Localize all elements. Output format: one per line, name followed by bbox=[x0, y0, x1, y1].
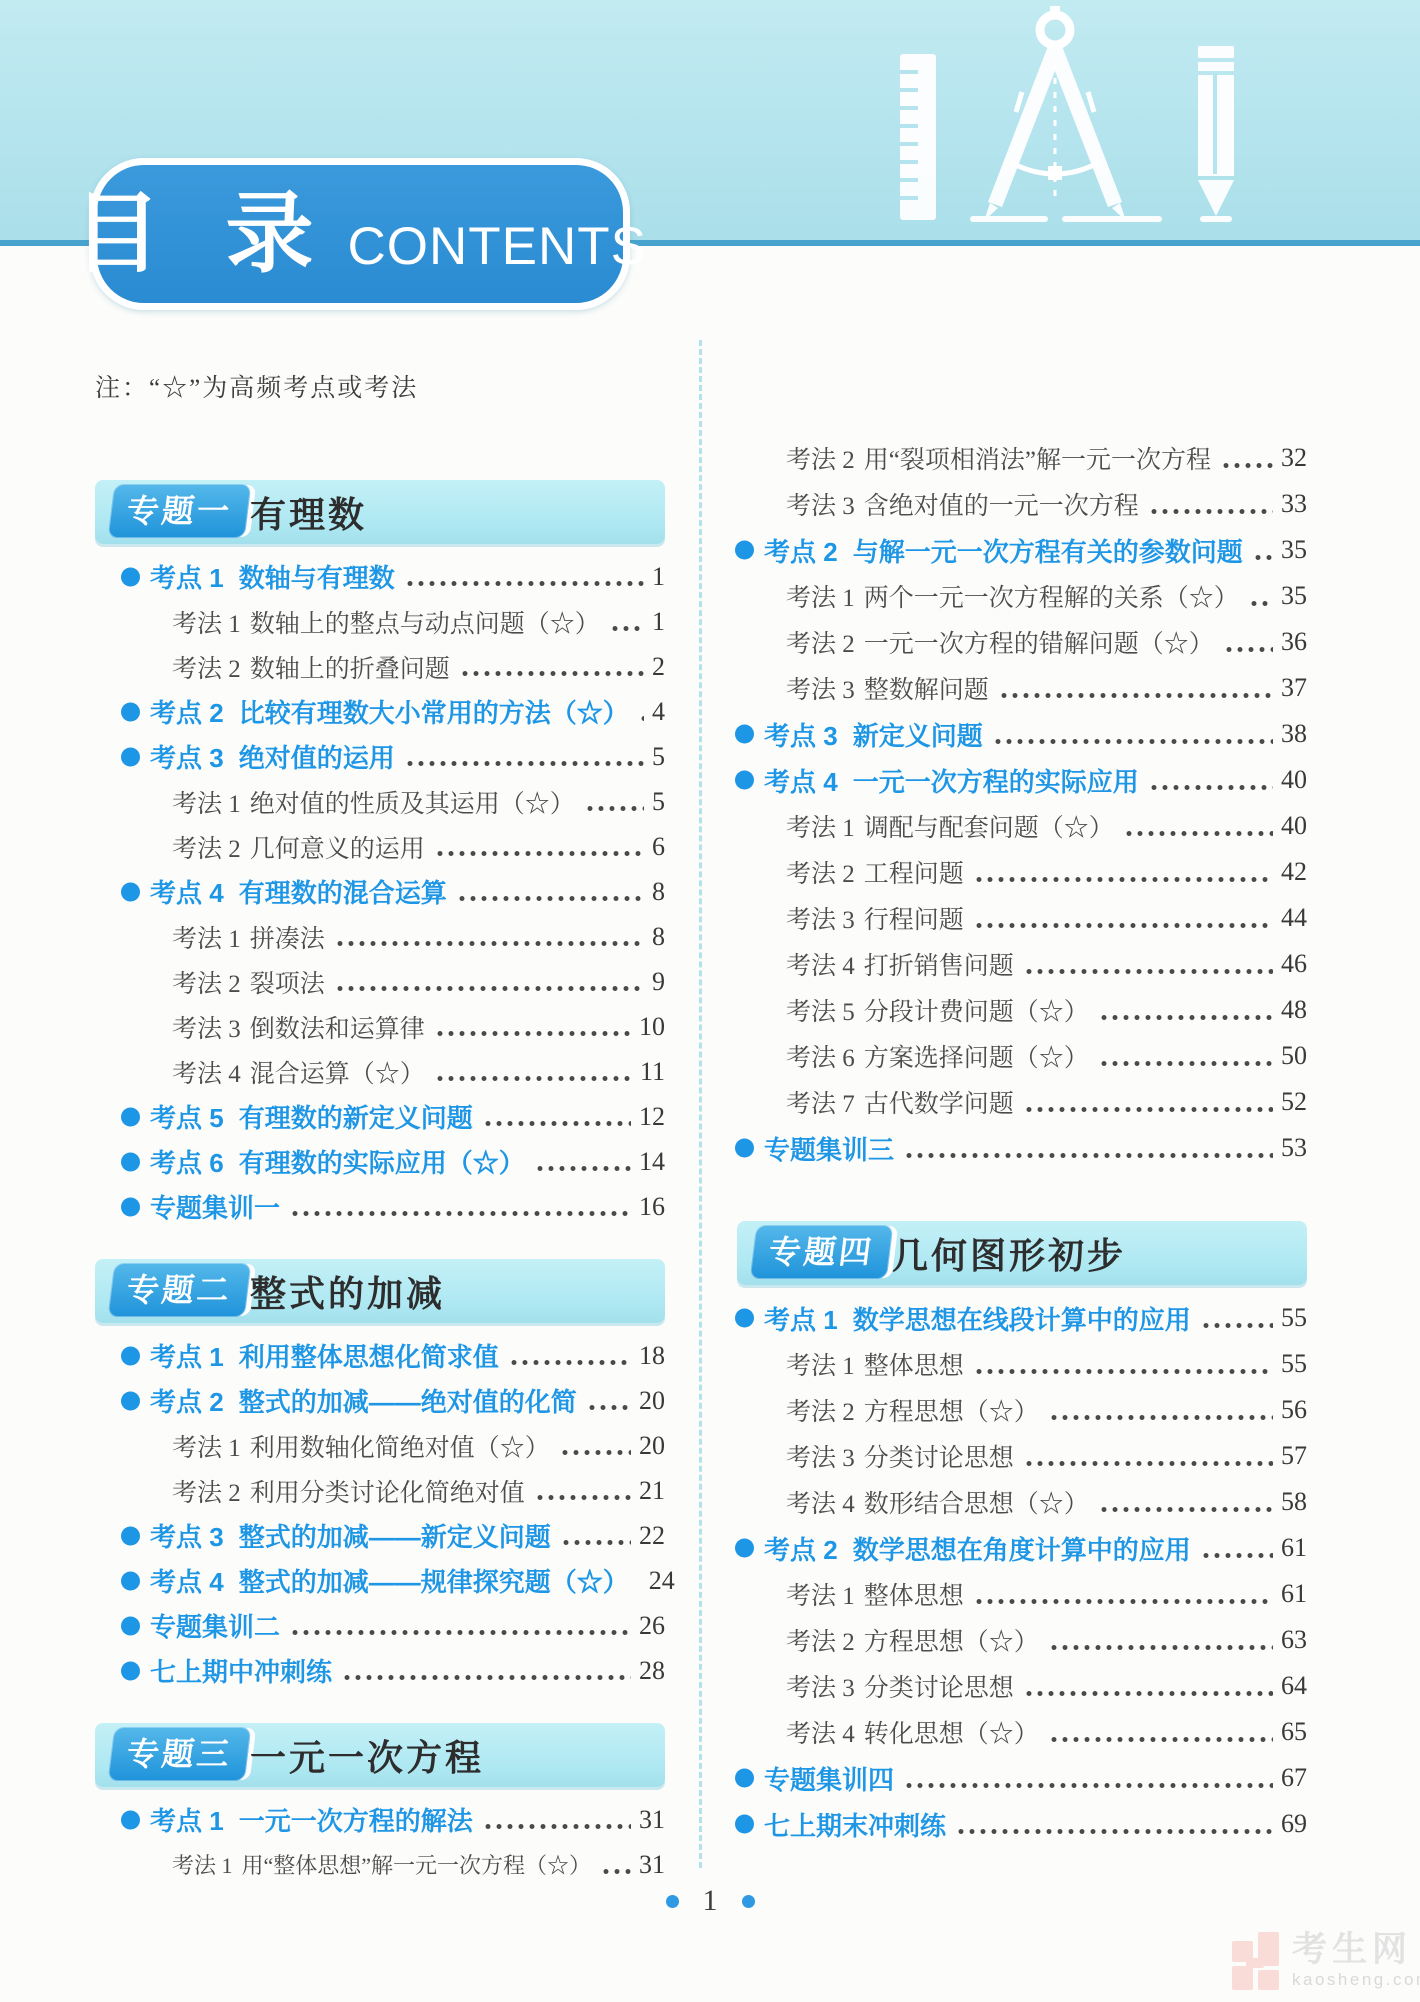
entry-label: 考法 4 bbox=[786, 1484, 855, 1520]
toc-entry: 考法 3 行程问题 44 bbox=[709, 895, 1307, 941]
entry-title: 整体思想 bbox=[864, 1346, 964, 1382]
entry-label: 考点 6 bbox=[150, 1143, 224, 1180]
entry-page-number: 67 bbox=[1281, 1763, 1307, 1793]
entry-page-number: 42 bbox=[1281, 857, 1307, 887]
leader-dots bbox=[292, 1629, 631, 1636]
entry-title: 混合运算（☆） bbox=[250, 1054, 425, 1090]
entry-page-number: 10 bbox=[639, 1012, 665, 1042]
entry-label: 考法 1 bbox=[172, 784, 241, 820]
leader-dots bbox=[612, 625, 644, 632]
entry-title: 绝对值的性质及其运用（☆） bbox=[250, 784, 575, 820]
entry-title: 专题集训一 bbox=[150, 1188, 280, 1225]
bullet-icon bbox=[121, 747, 140, 766]
section-header: 专题三 一元一次方程 bbox=[95, 1723, 665, 1787]
toc-entry: 考法 3 倒数法和运算律 10 bbox=[95, 1004, 665, 1049]
leader-dots bbox=[1101, 1060, 1273, 1067]
bullet-icon bbox=[735, 771, 754, 790]
star-note: 注：“☆”为高频考点或考法 bbox=[95, 368, 418, 404]
ruler-icon bbox=[900, 54, 936, 220]
entry-page-number: 11 bbox=[640, 1057, 665, 1087]
page-footer: 1 bbox=[0, 1884, 1420, 1918]
entry-label: 考法 2 bbox=[786, 854, 855, 890]
entry-label: 考法 2 bbox=[172, 649, 241, 685]
entry-page-number: 8 bbox=[652, 877, 665, 907]
entry-title: 数学思想在线段计算中的应用 bbox=[853, 1300, 1191, 1337]
toc-entry: 考点 3 绝对值的运用 5 bbox=[95, 734, 665, 779]
entry-title: 利用数轴化简绝对值（☆） bbox=[250, 1428, 550, 1464]
toc-entry: 专题集训二 26 bbox=[95, 1603, 665, 1648]
bullet-icon bbox=[121, 1571, 140, 1590]
toc-entry: 考法 1 利用数轴化简绝对值（☆） 20 bbox=[95, 1423, 665, 1468]
entry-title: 含绝对值的一元一次方程 bbox=[864, 486, 1139, 522]
toc-entry: 考点 1 数学思想在线段计算中的应用 55 bbox=[709, 1295, 1307, 1341]
entry-page-number: 38 bbox=[1281, 719, 1307, 749]
toc-entry: 考法 4 混合运算（☆） 11 bbox=[95, 1049, 665, 1094]
entry-label: 考法 3 bbox=[786, 900, 855, 936]
leader-dots bbox=[407, 760, 644, 767]
entry-label: 考法 6 bbox=[786, 1038, 855, 1074]
section-badge: 专题三 bbox=[108, 1727, 252, 1781]
entry-title: 一元一次方程的解法 bbox=[239, 1801, 473, 1838]
entry-title: 有理数的新定义问题 bbox=[239, 1098, 473, 1135]
entry-page-number: 28 bbox=[639, 1656, 665, 1686]
entry-title: 有理数的实际应用（☆） bbox=[239, 1143, 525, 1180]
leader-dots bbox=[958, 1828, 1273, 1835]
section-title: 有理数 bbox=[250, 480, 367, 544]
toc-entry: 考法 1 数轴上的整点与动点问题（☆） 1 bbox=[95, 599, 665, 644]
entry-page-number: 61 bbox=[1281, 1533, 1307, 1563]
entry-page-number: 18 bbox=[639, 1341, 665, 1371]
entry-page-number: 65 bbox=[1281, 1717, 1307, 1747]
toc-entry: 考法 1 拼凑法 8 bbox=[95, 914, 665, 959]
leader-dots bbox=[976, 876, 1273, 883]
entry-title: 方案选择问题（☆） bbox=[864, 1038, 1089, 1074]
leader-dots bbox=[1255, 554, 1273, 561]
bullet-icon bbox=[735, 1139, 754, 1158]
leader-dots bbox=[563, 1539, 631, 1546]
leader-dots bbox=[1226, 646, 1273, 653]
leader-dots bbox=[1051, 1736, 1273, 1743]
toc-entry: 考法 2 一元一次方程的错解问题（☆） 36 bbox=[709, 619, 1307, 665]
entry-title: 工程问题 bbox=[864, 854, 964, 890]
entry-label: 考点 3 bbox=[150, 1517, 224, 1554]
toc-entry: 考法 2 工程问题 42 bbox=[709, 849, 1307, 895]
entry-title: 利用整体思想化简求值 bbox=[239, 1337, 499, 1374]
toc-entry: 考点 4 一元一次方程的实际应用 40 bbox=[709, 757, 1307, 803]
entry-title: 方程思想（☆） bbox=[864, 1392, 1039, 1428]
entry-page-number: 58 bbox=[1281, 1487, 1307, 1517]
entry-page-number: 5 bbox=[652, 742, 665, 772]
entry-label: 考法 1 bbox=[172, 604, 241, 640]
leader-dots bbox=[1151, 508, 1273, 515]
entry-title: 整式的加减——规律探究题（☆） bbox=[239, 1562, 629, 1599]
entry-page-number: 20 bbox=[639, 1431, 665, 1461]
toc-entry: 考点 2 与解一元一次方程有关的参数问题 35 bbox=[709, 527, 1307, 573]
entry-label: 考法 1 bbox=[172, 1428, 241, 1464]
entry-title: 古代数学问题 bbox=[864, 1084, 1014, 1120]
entry-page-number: 63 bbox=[1281, 1625, 1307, 1655]
leader-dots bbox=[1126, 830, 1273, 837]
leader-dots bbox=[462, 670, 644, 677]
toc-column-left: 专题一 有理数 考点 1 数轴与有理数 1 考法 1 数轴上的整点与动点问题（☆… bbox=[95, 450, 665, 1887]
entry-page-number: 31 bbox=[639, 1805, 665, 1835]
toc-title-en: CONTENTS bbox=[347, 178, 647, 316]
entry-title: 倒数法和运算律 bbox=[250, 1009, 425, 1045]
entry-label: 考法 2 bbox=[172, 1473, 241, 1509]
entry-page-number: 55 bbox=[1281, 1303, 1307, 1333]
leader-dots bbox=[337, 985, 644, 992]
watermark: 考生网 kaosheng.com bbox=[1232, 1932, 1420, 1990]
entry-title: 分类讨论思想 bbox=[864, 1668, 1014, 1704]
toc-title-pill: 目 录 CONTENTS bbox=[90, 158, 630, 310]
toc-entry: 考法 3 整数解问题 37 bbox=[709, 665, 1307, 711]
entry-title: 方程思想（☆） bbox=[864, 1622, 1039, 1658]
leader-dots bbox=[485, 1120, 631, 1127]
entry-title: 裂项法 bbox=[250, 964, 325, 1000]
section-header: 专题四 几何图形初步 bbox=[737, 1221, 1307, 1285]
entry-page-number: 1 bbox=[652, 607, 665, 637]
toc-entry: 七上期末冲刺练 69 bbox=[709, 1801, 1307, 1847]
entry-label: 考法 2 bbox=[786, 1392, 855, 1428]
leader-dots bbox=[1203, 1322, 1273, 1329]
entry-title: 一元一次方程的实际应用 bbox=[853, 762, 1139, 799]
entry-title: 整体思想 bbox=[864, 1576, 964, 1612]
entry-label: 考点 3 bbox=[150, 738, 224, 775]
toc-entry: 考点 1 一元一次方程的解法 31 bbox=[95, 1797, 665, 1842]
entry-page-number: 21 bbox=[639, 1476, 665, 1506]
entry-label: 考法 5 bbox=[786, 992, 855, 1028]
entry-title: 拼凑法 bbox=[250, 919, 325, 955]
leader-dots bbox=[603, 1868, 631, 1875]
entry-page-number: 2 bbox=[652, 652, 665, 682]
entry-label: 考法 3 bbox=[786, 486, 855, 522]
toc-entry: 考法 3 分类讨论思想 64 bbox=[709, 1663, 1307, 1709]
entry-label: 考点 3 bbox=[764, 716, 838, 753]
entry-title: 一元一次方程的错解问题（☆） bbox=[864, 624, 1214, 660]
kaosheng-logo-icon bbox=[1232, 1932, 1280, 1990]
column-divider bbox=[699, 340, 702, 1868]
entry-page-number: 24 bbox=[649, 1566, 675, 1596]
toc-entry: 考法 2 利用分类讨论化简绝对值 21 bbox=[95, 1468, 665, 1513]
entry-page-number: 40 bbox=[1281, 765, 1307, 795]
toc-entry: 考法 2 裂项法 9 bbox=[95, 959, 665, 1004]
entry-page-number: 55 bbox=[1281, 1349, 1307, 1379]
toc-entry: 考法 2 方程思想（☆） 63 bbox=[709, 1617, 1307, 1663]
watermark-site-name: 考生网 bbox=[1292, 1932, 1420, 1967]
entry-label: 考法 2 bbox=[172, 829, 241, 865]
entry-label: 考法 3 bbox=[786, 670, 855, 706]
toc-entry: 考点 2 比较有理数大小常用的方法（☆） 4 bbox=[95, 689, 665, 734]
toc-entry: 考法 1 绝对值的性质及其运用（☆） 5 bbox=[95, 779, 665, 824]
toc-entry: 考法 2 几何意义的运用 6 bbox=[95, 824, 665, 869]
leader-dots bbox=[587, 805, 644, 812]
leader-dots bbox=[1101, 1506, 1273, 1513]
toc-entry: 考点 6 有理数的实际应用（☆） 14 bbox=[95, 1139, 665, 1184]
leader-dots bbox=[1151, 784, 1273, 791]
entry-title: 调配与配套问题（☆） bbox=[864, 808, 1114, 844]
bullet-icon bbox=[121, 882, 140, 901]
leader-dots bbox=[906, 1152, 1273, 1159]
section-title: 几何图形初步 bbox=[892, 1221, 1126, 1285]
entry-page-number: 16 bbox=[639, 1192, 665, 1222]
bullet-icon bbox=[121, 1197, 140, 1216]
section-header: 专题二 整式的加减 bbox=[95, 1259, 665, 1323]
entry-title: 几何意义的运用 bbox=[250, 829, 425, 865]
pencil-icon bbox=[1198, 46, 1234, 58]
entry-title: 整式的加减——绝对值的化简 bbox=[239, 1382, 577, 1419]
footer-page-number: 1 bbox=[703, 1884, 718, 1918]
leader-dots bbox=[1026, 1460, 1273, 1467]
entry-label: 考法 2 bbox=[172, 964, 241, 1000]
entry-title: 专题集训二 bbox=[150, 1607, 280, 1644]
leader-dots bbox=[537, 1165, 631, 1172]
entry-label: 考点 2 bbox=[150, 1382, 224, 1419]
entry-page-number: 50 bbox=[1281, 1041, 1307, 1071]
entry-label: 考法 3 bbox=[786, 1438, 855, 1474]
toc-entry: 考点 3 整式的加减——新定义问题 22 bbox=[95, 1513, 665, 1558]
entry-label: 考点 4 bbox=[150, 873, 224, 910]
entry-title: 数形结合思想（☆） bbox=[864, 1484, 1089, 1520]
entry-label: 考法 4 bbox=[786, 1714, 855, 1750]
entry-page-number: 31 bbox=[639, 1850, 665, 1880]
entry-label: 考点 2 bbox=[764, 532, 838, 569]
leader-dots bbox=[976, 1598, 1273, 1605]
entry-page-number: 35 bbox=[1281, 535, 1307, 565]
toc-title-cn: 目 录 bbox=[73, 165, 333, 303]
toc-entry: 考点 2 数学思想在角度计算中的应用 61 bbox=[709, 1525, 1307, 1571]
entry-label: 考点 5 bbox=[150, 1098, 224, 1135]
section-title: 一元一次方程 bbox=[250, 1723, 484, 1787]
entry-title: 数轴上的整点与动点问题（☆） bbox=[250, 604, 600, 640]
toc-entry: 考法 2 数轴上的折叠问题 2 bbox=[95, 644, 665, 689]
entry-page-number: 53 bbox=[1281, 1133, 1307, 1163]
entry-title: 打折销售问题 bbox=[864, 946, 1014, 982]
entry-page-number: 64 bbox=[1281, 1671, 1307, 1701]
entry-title: 七上期中冲刺练 bbox=[150, 1652, 332, 1689]
entry-title: 与解一元一次方程有关的参数问题 bbox=[853, 532, 1243, 569]
entry-page-number: 61 bbox=[1281, 1579, 1307, 1609]
footer-dot-icon bbox=[742, 1895, 755, 1908]
entry-title: 利用分类讨论化简绝对值 bbox=[250, 1473, 525, 1509]
leader-dots bbox=[589, 1404, 631, 1411]
entry-title: 整式的加减——新定义问题 bbox=[239, 1517, 551, 1554]
entry-title: 绝对值的运用 bbox=[239, 738, 395, 775]
entry-title: 七上期末冲刺练 bbox=[764, 1806, 946, 1843]
entry-page-number: 20 bbox=[639, 1386, 665, 1416]
entry-title: 转化思想（☆） bbox=[864, 1714, 1039, 1750]
bullet-icon bbox=[121, 1616, 140, 1635]
leader-dots bbox=[511, 1359, 631, 1366]
entry-page-number: 52 bbox=[1281, 1087, 1307, 1117]
leader-dots bbox=[344, 1674, 631, 1681]
toc-entry: 七上期中冲刺练 28 bbox=[95, 1648, 665, 1693]
leader-dots bbox=[437, 1030, 631, 1037]
entry-label: 考法 1 bbox=[786, 1576, 855, 1612]
toc-entry: 考点 4 有理数的混合运算 8 bbox=[95, 869, 665, 914]
entry-label: 考点 4 bbox=[764, 762, 838, 799]
bullet-icon bbox=[121, 1526, 140, 1545]
entry-title: 数轴与有理数 bbox=[239, 558, 395, 595]
leader-dots bbox=[976, 922, 1273, 929]
entry-label: 考点 1 bbox=[150, 558, 224, 595]
toc-entry: 专题集训四 67 bbox=[709, 1755, 1307, 1801]
toc-entry: 考点 5 有理数的新定义问题 12 bbox=[95, 1094, 665, 1139]
bullet-icon bbox=[121, 1810, 140, 1829]
toc-entry: 考法 6 方案选择问题（☆） 50 bbox=[709, 1033, 1307, 1079]
toc-entry: 考点 2 整式的加减——绝对值的化简 20 bbox=[95, 1378, 665, 1423]
entry-page-number: 6 bbox=[652, 832, 665, 862]
toc-entry: 考法 3 含绝对值的一元一次方程 33 bbox=[709, 481, 1307, 527]
leader-dots bbox=[1001, 692, 1273, 699]
entry-label: 考法 2 bbox=[786, 1622, 855, 1658]
entry-label: 考法 4 bbox=[786, 946, 855, 982]
entry-page-number: 22 bbox=[639, 1521, 665, 1551]
bullet-icon bbox=[735, 725, 754, 744]
entry-page-number: 14 bbox=[639, 1147, 665, 1177]
bullet-icon bbox=[121, 1661, 140, 1680]
leader-dots bbox=[407, 580, 644, 587]
entry-title: 用“整体思想”解一元一次方程（☆） bbox=[242, 1849, 592, 1880]
toc-entry: 考法 2 方程思想（☆） 56 bbox=[709, 1387, 1307, 1433]
leader-dots bbox=[641, 715, 644, 722]
toc-entry: 考法 4 转化思想（☆） 65 bbox=[709, 1709, 1307, 1755]
toc-entry: 考点 1 数轴与有理数 1 bbox=[95, 554, 665, 599]
entry-page-number: 36 bbox=[1281, 627, 1307, 657]
entry-label: 考点 1 bbox=[764, 1300, 838, 1337]
toc-entry: 考法 4 数形结合思想（☆） 58 bbox=[709, 1479, 1307, 1525]
entry-label: 考法 1 bbox=[786, 578, 855, 614]
entry-page-number: 32 bbox=[1281, 443, 1307, 473]
entry-label: 考点 2 bbox=[150, 693, 224, 730]
entry-title: 数学思想在角度计算中的应用 bbox=[853, 1530, 1191, 1567]
bullet-icon bbox=[121, 1152, 140, 1171]
section-badge: 专题四 bbox=[750, 1225, 894, 1279]
entry-title: 专题集训三 bbox=[764, 1130, 894, 1167]
entry-title: 行程问题 bbox=[864, 900, 964, 936]
leader-dots bbox=[437, 850, 644, 857]
leader-dots bbox=[1051, 1414, 1273, 1421]
entry-label: 考法 3 bbox=[172, 1009, 241, 1045]
toc-entry: 考点 3 新定义问题 38 bbox=[709, 711, 1307, 757]
bullet-icon bbox=[735, 1815, 754, 1834]
toc-entry: 考法 1 调配与配套问题（☆） 40 bbox=[709, 803, 1307, 849]
entry-title: 两个一元一次方程解的关系（☆） bbox=[864, 578, 1239, 614]
entry-label: 考法 2 bbox=[786, 440, 855, 476]
entry-label: 考点 2 bbox=[764, 1530, 838, 1567]
bullet-icon bbox=[121, 702, 140, 721]
bullet-icon bbox=[121, 1391, 140, 1410]
entry-label: 考点 1 bbox=[150, 1801, 224, 1838]
entry-page-number: 48 bbox=[1281, 995, 1307, 1025]
leader-dots bbox=[485, 1823, 631, 1830]
toc-entry: 考法 7 古代数学问题 52 bbox=[709, 1079, 1307, 1125]
leader-dots bbox=[906, 1782, 1273, 1789]
leader-dots bbox=[1223, 462, 1273, 469]
toc-entry: 考法 4 打折销售问题 46 bbox=[709, 941, 1307, 987]
entry-label: 考法 2 bbox=[786, 624, 855, 660]
section-badge: 专题一 bbox=[108, 484, 252, 538]
entry-page-number: 9 bbox=[652, 967, 665, 997]
entry-page-number: 37 bbox=[1281, 673, 1307, 703]
leader-dots bbox=[437, 1075, 632, 1082]
toc-entry: 考法 1 两个一元一次方程解的关系（☆） 35 bbox=[709, 573, 1307, 619]
entry-title: 分段计费问题（☆） bbox=[864, 992, 1089, 1028]
toc-entry: 专题集训三 53 bbox=[709, 1125, 1307, 1171]
toc-entry: 考法 2 用“裂项相消法”解一元一次方程 32 bbox=[709, 435, 1307, 481]
entry-title: 整数解问题 bbox=[864, 670, 989, 706]
leader-dots bbox=[537, 1494, 631, 1501]
toc-entry: 考法 5 分段计费问题（☆） 48 bbox=[709, 987, 1307, 1033]
entry-page-number: 26 bbox=[639, 1611, 665, 1641]
entry-label: 考点 1 bbox=[150, 1337, 224, 1374]
entry-label: 考法 3 bbox=[786, 1668, 855, 1704]
section-title: 整式的加减 bbox=[250, 1259, 445, 1323]
leader-dots bbox=[1026, 1690, 1273, 1697]
toc-column-right: 考法 2 用“裂项相消法”解一元一次方程 32 考法 3 含绝对值的一元一次方程… bbox=[709, 435, 1307, 1847]
toc-entry: 考法 3 分类讨论思想 57 bbox=[709, 1433, 1307, 1479]
bullet-icon bbox=[735, 1769, 754, 1788]
compass-icon bbox=[988, 46, 1062, 207]
leader-dots bbox=[337, 940, 644, 947]
drafting-tools-icon bbox=[870, 6, 1300, 231]
entry-title: 用“裂项相消法”解一元一次方程 bbox=[864, 440, 1211, 476]
entry-label: 考点 4 bbox=[150, 1562, 224, 1599]
entry-page-number: 12 bbox=[639, 1102, 665, 1132]
entry-label: 考法 7 bbox=[786, 1084, 855, 1120]
footer-dot-icon bbox=[666, 1895, 679, 1908]
toc-entry: 考点 1 利用整体思想化简求值 18 bbox=[95, 1333, 665, 1378]
entry-title: 数轴上的折叠问题 bbox=[250, 649, 450, 685]
toc-entry: 考法 1 整体思想 61 bbox=[709, 1571, 1307, 1617]
entry-title: 比较有理数大小常用的方法（☆） bbox=[239, 693, 629, 730]
entry-page-number: 56 bbox=[1281, 1395, 1307, 1425]
entry-label: 考法 1 bbox=[172, 1849, 233, 1880]
section-header: 专题一 有理数 bbox=[95, 480, 665, 544]
entry-title: 分类讨论思想 bbox=[864, 1438, 1014, 1474]
leader-dots bbox=[1101, 1014, 1273, 1021]
bullet-icon bbox=[735, 1539, 754, 1558]
entry-page-number: 46 bbox=[1281, 949, 1307, 979]
leader-dots bbox=[1203, 1552, 1273, 1559]
entry-page-number: 40 bbox=[1281, 811, 1307, 841]
entry-page-number: 4 bbox=[652, 697, 665, 727]
toc-entry: 考法 1 整体思想 55 bbox=[709, 1341, 1307, 1387]
bullet-icon bbox=[735, 541, 754, 560]
entry-page-number: 57 bbox=[1281, 1441, 1307, 1471]
leader-dots bbox=[976, 1368, 1273, 1375]
entry-title: 新定义问题 bbox=[853, 716, 983, 753]
entry-title: 专题集训四 bbox=[764, 1760, 894, 1797]
bullet-icon bbox=[121, 567, 140, 586]
leader-dots bbox=[1051, 1644, 1273, 1651]
leader-dots bbox=[562, 1449, 631, 1456]
bullet-icon bbox=[735, 1309, 754, 1328]
entry-label: 考法 4 bbox=[172, 1054, 241, 1090]
bullet-icon bbox=[121, 1346, 140, 1365]
leader-dots bbox=[1251, 600, 1273, 607]
entry-page-number: 8 bbox=[652, 922, 665, 952]
leader-dots bbox=[292, 1210, 631, 1217]
entry-label: 考法 1 bbox=[786, 808, 855, 844]
entry-page-number: 44 bbox=[1281, 903, 1307, 933]
entry-page-number: 69 bbox=[1281, 1809, 1307, 1839]
entry-label: 考法 1 bbox=[172, 919, 241, 955]
toc-entry: 专题集训一 16 bbox=[95, 1184, 665, 1229]
entry-title: 有理数的混合运算 bbox=[239, 873, 447, 910]
entry-page-number: 1 bbox=[652, 562, 665, 592]
entry-page-number: 33 bbox=[1281, 489, 1307, 519]
leader-dots bbox=[1026, 968, 1273, 975]
